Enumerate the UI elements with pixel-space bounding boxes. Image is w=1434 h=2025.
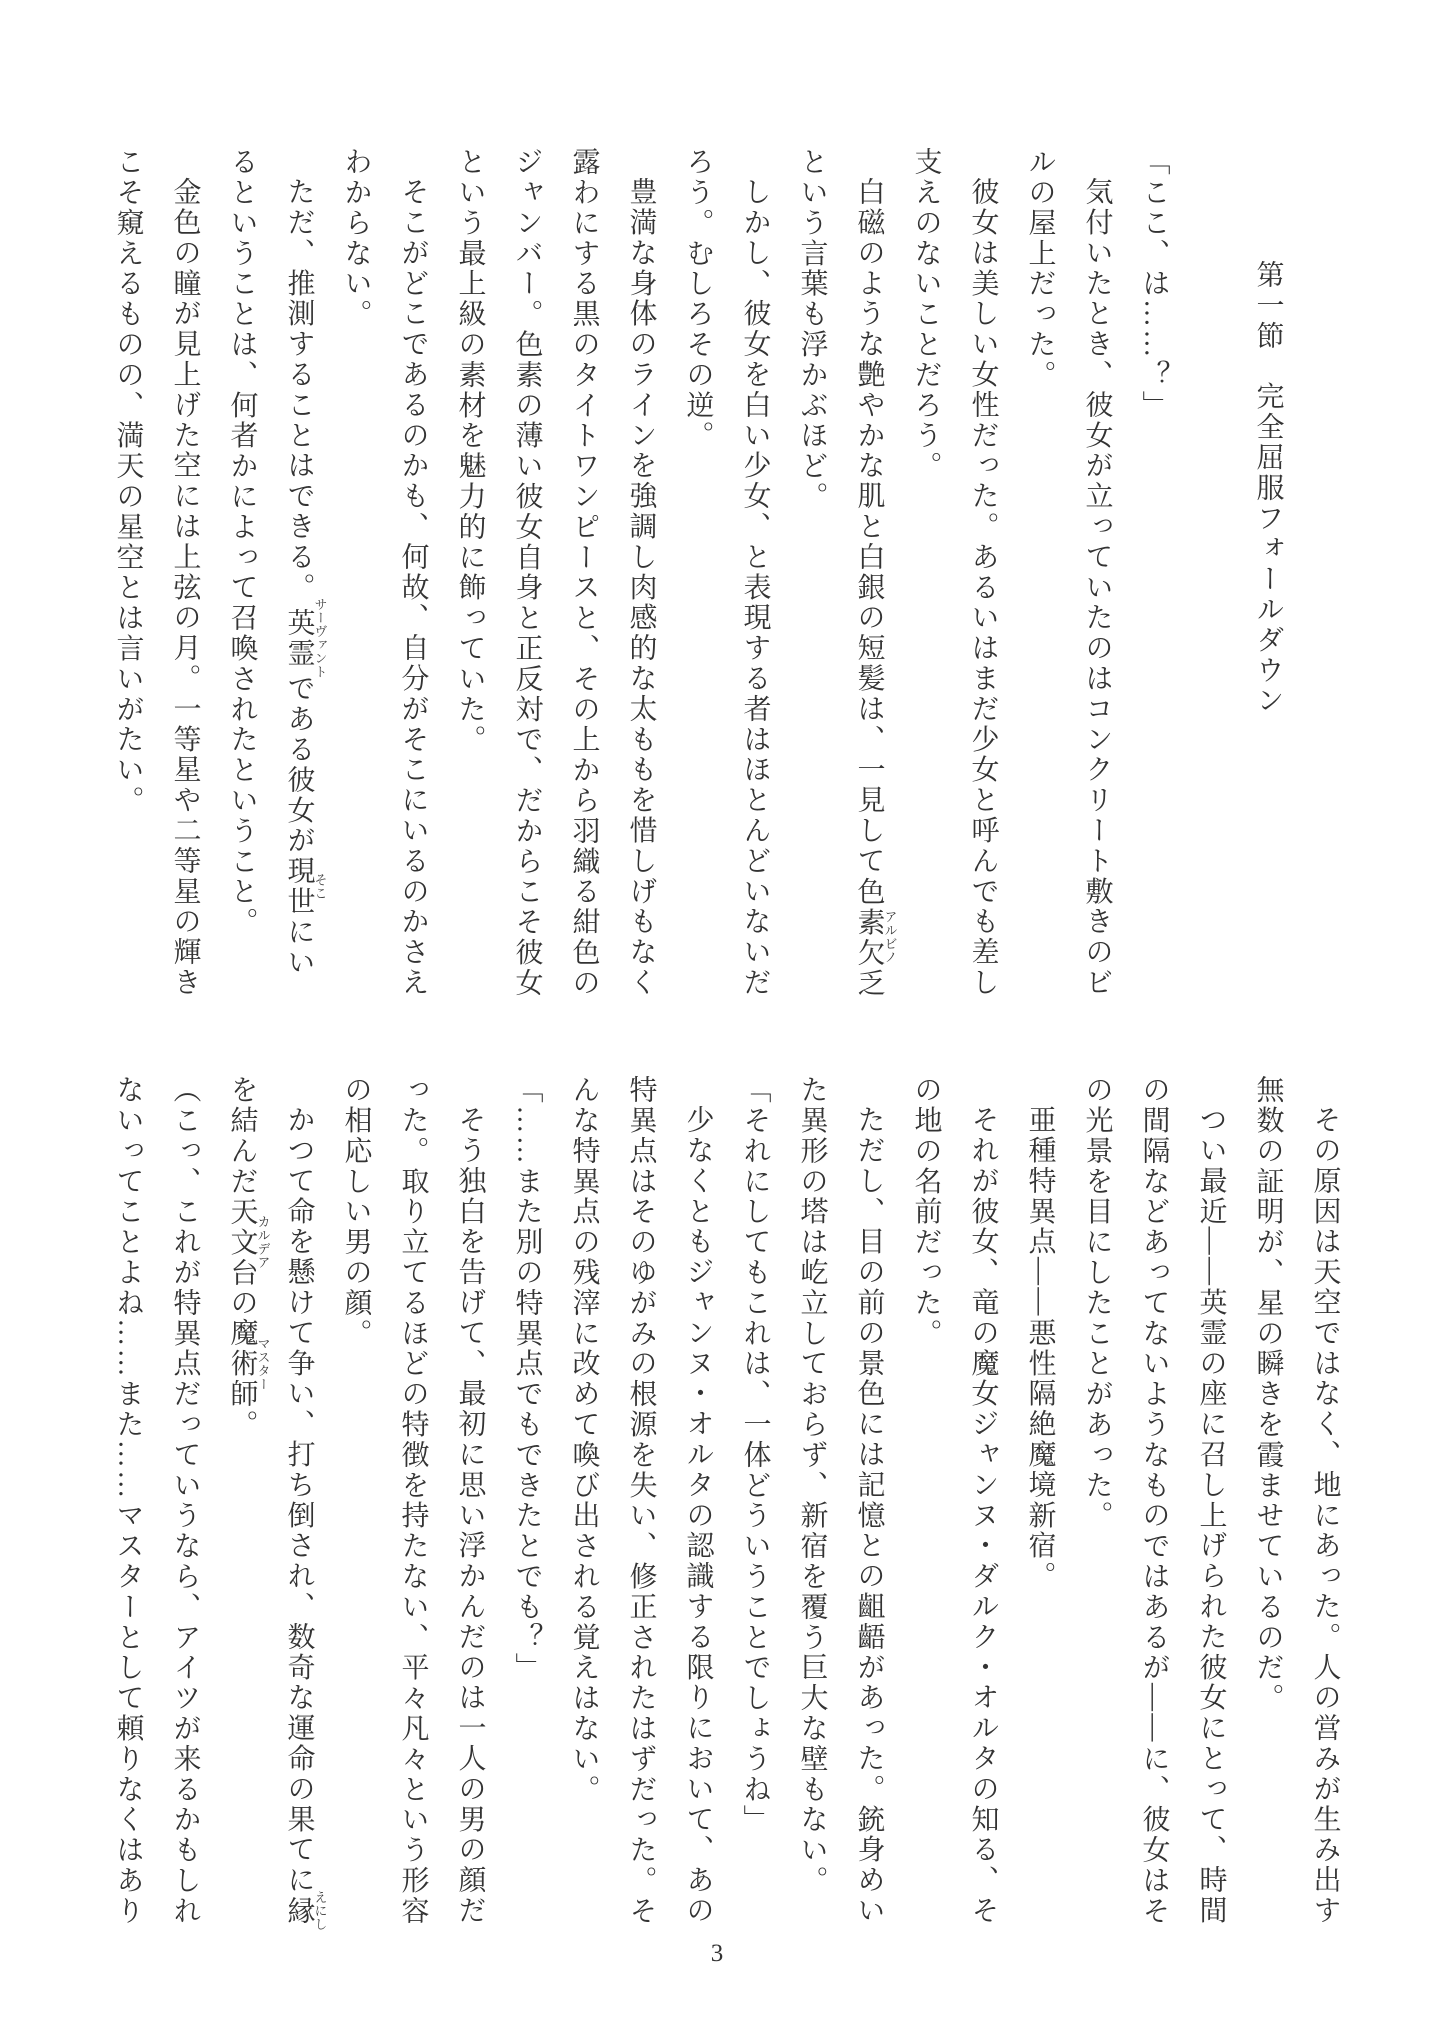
text-line: かつて命を懸けて争い、打ち倒され、数奇な運命の果てに縁えにし [271,1105,328,1934]
text-line: その原因は天空ではなく、地にあった。人の営みが生み出す [1297,1105,1354,1934]
text-line: ルの屋上だった。 [1012,147,1069,1006]
text-line: それが彼女、竜の魔女ジャンヌ・ダルク・オルタの知る、そ [955,1105,1012,1934]
text-line: 亜種特異点――悪性隔絶魔境新宿。 [1012,1105,1069,1934]
text-line: ただし、目の前の景色には記憶との齟齬があった。銃身めい [841,1105,898,1934]
text-line: 「それにしてもこれは、一体どういうことでしょうね」 [727,1075,784,1934]
text-line: 少なくともジャンヌ・オルタの認識する限りにおいて、あの [670,1105,727,1934]
text-line: ただ、推測することはできる。英霊サーヴァントである彼女が現世そこにい [271,177,328,1006]
text-line: そこがどこであるのかも、何故、自分がそこにいるのかさえ [385,177,442,1006]
text-line: そう独白を告げて、最初に思い浮かんだのは一人の男の顔だ [442,1105,499,1934]
text-line: の間隔などあってないようなものではあるが――に、彼女はそ [1126,1075,1183,1934]
text-line: つい最近――英霊の座に召し上げられた彼女にとって、時間 [1183,1105,1240,1934]
text-line: 露わにする黒のタイトワンピースと、その上から羽織る紺色の [556,147,613,1006]
text-line: 豊満な身体のラインを強調し肉感的な太ももを惜しげもなく [613,177,670,1006]
text-line: わからない。 [328,147,385,1006]
text-line: った。取り立てるほどの特徴を持たない、平々凡々という形容 [385,1075,442,1934]
text-line: の光景を目にしたことがあった。 [1069,1075,1126,1934]
page-number: 3 [687,1940,747,1968]
text-line: た異形の塔は屹立しておらず、新宿を覆う巨大な壁もない。 [784,1075,841,1934]
text-line: という最上級の素材を魅力的に飾っていた。 [442,147,499,1006]
text-line: しかし、彼女を白い少女、と表現する者はほとんどいないだ [727,177,784,1006]
text-line: ないってことよね……また……マスターとして頼りなくはあり [100,1075,157,1934]
text-line: 支えのないことだろう。 [898,147,955,1006]
text-line: 「ここ、は……？」 [1126,147,1183,1006]
text-line: ジャンバー。色素の薄い彼女自身と正反対で、だからこそ彼女 [499,147,556,1006]
text-line: こそ窺えるものの、満天の星空とは言いがたい。 [100,147,157,1006]
novel-page: 第一節 完全屈服フォールダウン「ここ、は……？」気付いたとき、彼女が立っていたの… [0,0,1434,2025]
text-line: の地の名前だった。 [898,1075,955,1934]
text-line: んな特異点の残滓に改めて喚び出される覚えはない。 [556,1075,613,1934]
text-line: という言葉も浮かぶほど。 [784,147,841,1006]
text-line: 気付いたとき、彼女が立っていたのはコンクリート敷きのビ [1069,177,1126,1006]
text-line: の相応しい男の顔。 [328,1075,385,1934]
text-line: ろう。むしろその逆。 [670,147,727,1006]
chapter-heading: 第一節 完全屈服フォールダウン [1240,260,1297,1007]
text-line: 特異点はそのゆがみの根源を失い、修正されたはずだった。そ [613,1075,670,1934]
text-line: （こっ、これが特異点だっていうなら、アイツが来るかもしれ [157,1075,214,1934]
text-line: 「……また別の特異点でもできたとでも？」 [499,1075,556,1934]
text-line: を結んだ天文台カルデアの魔術師マスター。 [214,1075,271,1934]
text-line: 彼女は美しい女性だった。あるいはまだ少女と呼んでも差し [955,177,1012,1006]
text-line: 白磁のような艶やかな肌と白銀の短髪は、一見して色素欠乏アルビノ [841,177,898,1006]
text-line: 無数の証明が、星の瞬きを霞ませているのだ。 [1240,1075,1297,1934]
text-line: 金色の瞳が見上げた空には上弦の月。一等星や二等星の輝き [157,177,214,1006]
text-line: るということは、何者かによって召喚されたということ。 [214,147,271,1006]
